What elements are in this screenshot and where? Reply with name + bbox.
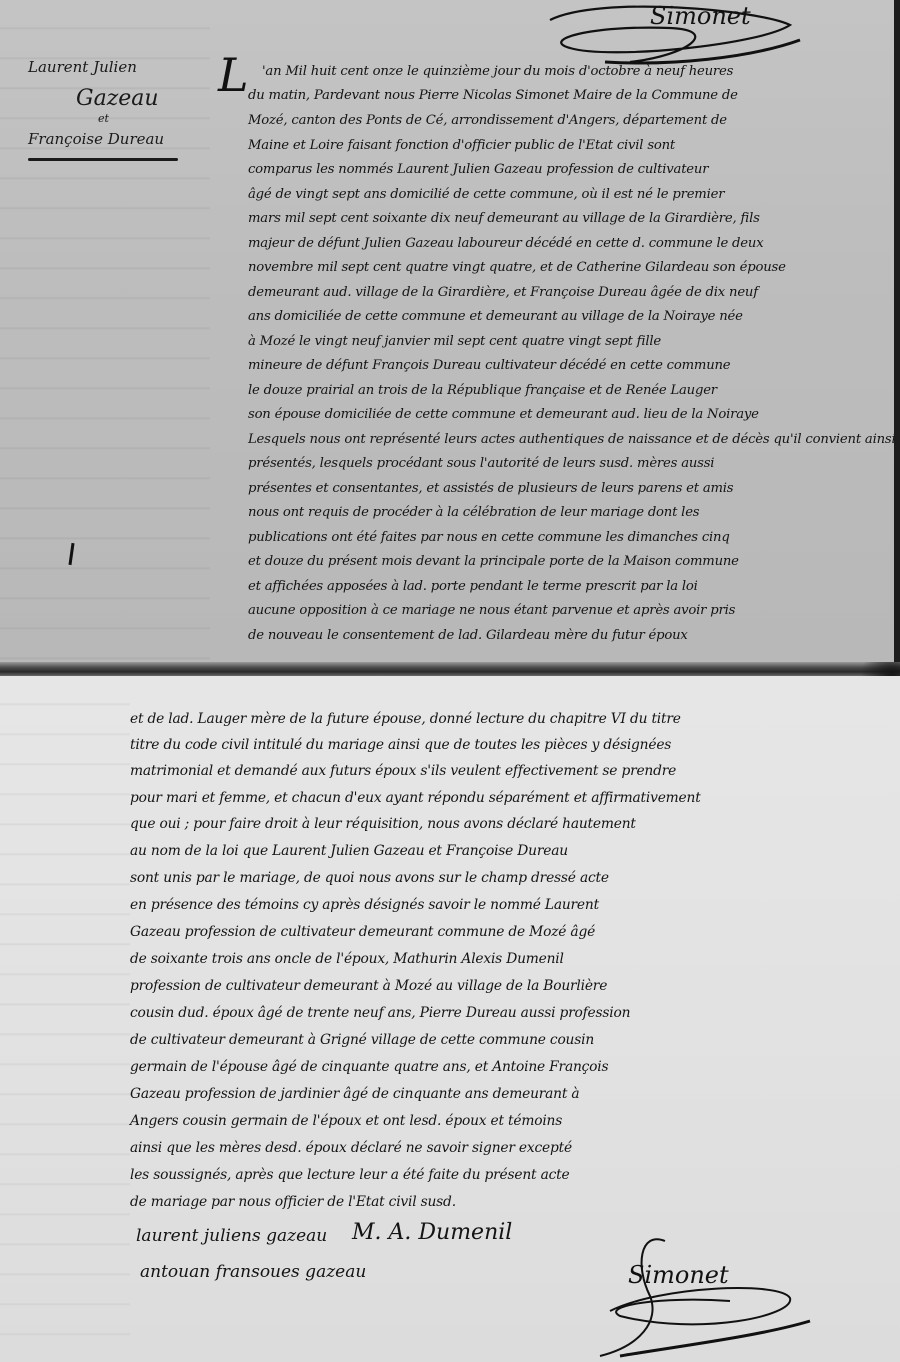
text-line: aucune opposition à ce mariage ne nous é… — [248, 603, 735, 618]
text-line: comparus les nommés Laurent Julien Gazea… — [248, 162, 708, 177]
signature-groom: laurent juliens gazeau — [136, 1226, 327, 1246]
text-line: en présence des témoins cy après désigné… — [130, 897, 599, 913]
text-line: sont unis par le mariage, de quoi nous a… — [130, 870, 609, 886]
signature-witness: antouan fransoues gazeau — [140, 1262, 366, 1282]
text-line: à Mozé le vingt neuf janvier mil sept ce… — [248, 334, 661, 349]
text-line: de soixante trois ans oncle de l'époux, … — [130, 951, 564, 967]
text-line: publications ont été faites par nous en … — [248, 530, 730, 545]
margin-bride-name: Françoise Dureau — [28, 130, 164, 148]
text-line: profession de cultivateur demeurant à Mo… — [130, 978, 607, 994]
text-line: demeurant aud. village de la Girardière,… — [248, 285, 758, 300]
page-fold — [0, 662, 900, 676]
text-line: présentés, lesquels procédant sous l'aut… — [248, 456, 714, 471]
register-page-bottom: et de lad. Lauger mère de la future épou… — [0, 676, 900, 1362]
text-line: son épouse domiciliée de cette commune e… — [248, 407, 759, 422]
text-line: Gazeau profession de cultivateur demeura… — [130, 924, 595, 940]
text-line: au nom de la loi que Laurent Julien Gaze… — [130, 843, 568, 859]
text-line: mineure de défunt François Dureau cultiv… — [248, 358, 730, 373]
text-line: 'an Mil huit cent onze le quinzième jour… — [262, 64, 733, 79]
signature-flourish-icon — [580, 1226, 820, 1362]
margin-groom-given-names: Laurent Julien — [28, 58, 137, 76]
margin-conjunction: et — [98, 112, 109, 125]
margin-underline — [28, 158, 178, 161]
text-line: Maine et Loire faisant fonction d'offici… — [248, 138, 675, 153]
text-line: pour mari et femme, et chacun d'eux ayan… — [130, 790, 701, 806]
text-line: majeur de défunt Julien Gazeau laboureur… — [248, 236, 763, 251]
margin-groom-surname: Gazeau — [76, 86, 159, 111]
text-line: présentes et consentantes, et assistés d… — [248, 481, 733, 496]
text-line: mars mil sept cent soixante dix neuf dem… — [248, 211, 760, 226]
text-line: de mariage par nous officier de l'Etat c… — [130, 1194, 456, 1210]
text-line: germain de l'épouse âgé de cinquante qua… — [130, 1059, 608, 1075]
text-line: ans domiciliée de cette commune et demeu… — [248, 309, 743, 324]
text-line: les soussignés, après que lecture leur a… — [130, 1167, 569, 1183]
text-line: et de lad. Lauger mère de la future épou… — [130, 711, 681, 727]
signature-flourish-icon — [510, 0, 810, 70]
text-line: nous ont requis de procéder à la célébra… — [248, 505, 699, 520]
text-line: et affichées apposées à lad. porte penda… — [248, 579, 698, 594]
text-line: et douze du présent mois devant la princ… — [248, 554, 739, 569]
text-line: Lesquels nous ont représenté leurs actes… — [248, 432, 895, 447]
text-line: matrimonial et demandé aux futurs époux … — [130, 763, 676, 779]
bleed-through-text — [0, 676, 130, 1362]
text-line: novembre mil sept cent quatre vingt quat… — [248, 260, 786, 275]
text-line: cousin dud. époux âgé de trente neuf ans… — [130, 1005, 630, 1021]
text-line: Mozé, canton des Ponts de Cé, arrondisse… — [248, 113, 727, 128]
text-line: ainsi que les mères desd. époux déclaré … — [130, 1140, 572, 1156]
text-line: âgé de vingt sept ans domicilié de cette… — [248, 187, 724, 202]
text-line: Angers cousin germain de l'époux et ont … — [130, 1113, 562, 1129]
text-line: le douze prairial an trois de la Républi… — [248, 383, 717, 398]
signature-witness-initials: M. A. Dumenil — [352, 1220, 512, 1245]
text-line: de nouveau le consentement de lad. Gilar… — [248, 628, 688, 643]
text-line: titre du code civil intitulé du mariage … — [130, 737, 671, 753]
text-line: Gazeau profession de jardinier âgé de ci… — [130, 1086, 579, 1102]
text-line: de cultivateur demeurant à Grigné villag… — [130, 1032, 594, 1048]
text-line: du matin, Pardevant nous Pierre Nicolas … — [248, 88, 738, 103]
register-page-top: Simonet Laurent Julien Gazeau et Françoi… — [0, 0, 900, 662]
drop-cap: L — [218, 48, 249, 102]
text-line: que oui ; pour faire droit à leur réquis… — [130, 816, 636, 832]
